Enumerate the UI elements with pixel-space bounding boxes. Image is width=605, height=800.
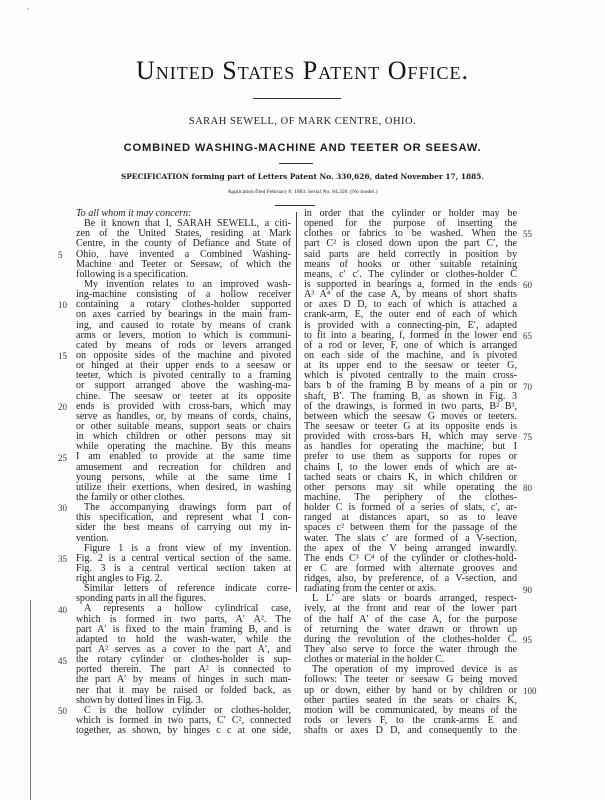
line-number: 95: [523, 635, 532, 645]
line-number: 55: [523, 229, 532, 239]
title-rule: [253, 98, 341, 99]
line-number: 100: [523, 686, 537, 696]
line-number: 25: [58, 453, 67, 463]
line-number: 10: [58, 300, 67, 310]
invention-title: COMBINED WASHING-MACHINE AND TEETER OR S…: [0, 142, 605, 154]
line-number: 60: [523, 280, 532, 290]
specification-line: SPECIFICATION forming part of Letters Pa…: [0, 172, 605, 181]
line-number: 15: [58, 351, 67, 361]
text-line: shafts or axes D D, and consequently to …: [304, 726, 517, 736]
inventor-line: SARAH SEWELL, OF MARK CENTRE, OHIO.: [0, 116, 605, 127]
line-number: 40: [58, 605, 67, 615]
right-text-column: in order that the cylinder or holder may…: [304, 209, 517, 736]
text-line: sider the best means of carrying out my …: [76, 523, 291, 533]
patent-page: ˋ United States Patent Office. SARAH SEW…: [0, 0, 605, 800]
text-line: spaces c² between them for the passage o…: [304, 523, 517, 533]
line-number: 90: [523, 585, 532, 595]
text-line: together, as shown, by hinges c c at one…: [76, 726, 291, 736]
corner-mark: ˋ: [27, 8, 31, 16]
margin-edge-line: [30, 600, 31, 800]
line-number: 80: [523, 483, 532, 493]
invention-title-rule: [279, 163, 313, 164]
line-number: 20: [58, 402, 67, 412]
line-number: 75: [523, 432, 532, 442]
line-number: 45: [58, 656, 67, 666]
column-divider: [296, 212, 297, 592]
line-number: 50: [58, 706, 67, 716]
text-line: prefer to use them as supports for ropes…: [304, 452, 517, 462]
text-line: bars b of the framing B by means of a pi…: [304, 381, 517, 391]
application-rule: [275, 205, 315, 206]
line-number: 5: [58, 250, 63, 260]
text-line: I am enabled to provide at the same time: [76, 452, 291, 462]
office-title: United States Patent Office.: [0, 56, 605, 86]
line-number: 30: [58, 503, 67, 513]
left-text-column: To all whom it may concern:Be it known t…: [76, 209, 291, 736]
application-line: Application filed February 8, 1883. Seri…: [0, 189, 605, 195]
line-number: 70: [523, 382, 532, 392]
line-number: 65: [523, 331, 532, 341]
text-line: or support arranged above the washing-ma…: [76, 381, 291, 391]
line-number: 35: [58, 554, 67, 564]
